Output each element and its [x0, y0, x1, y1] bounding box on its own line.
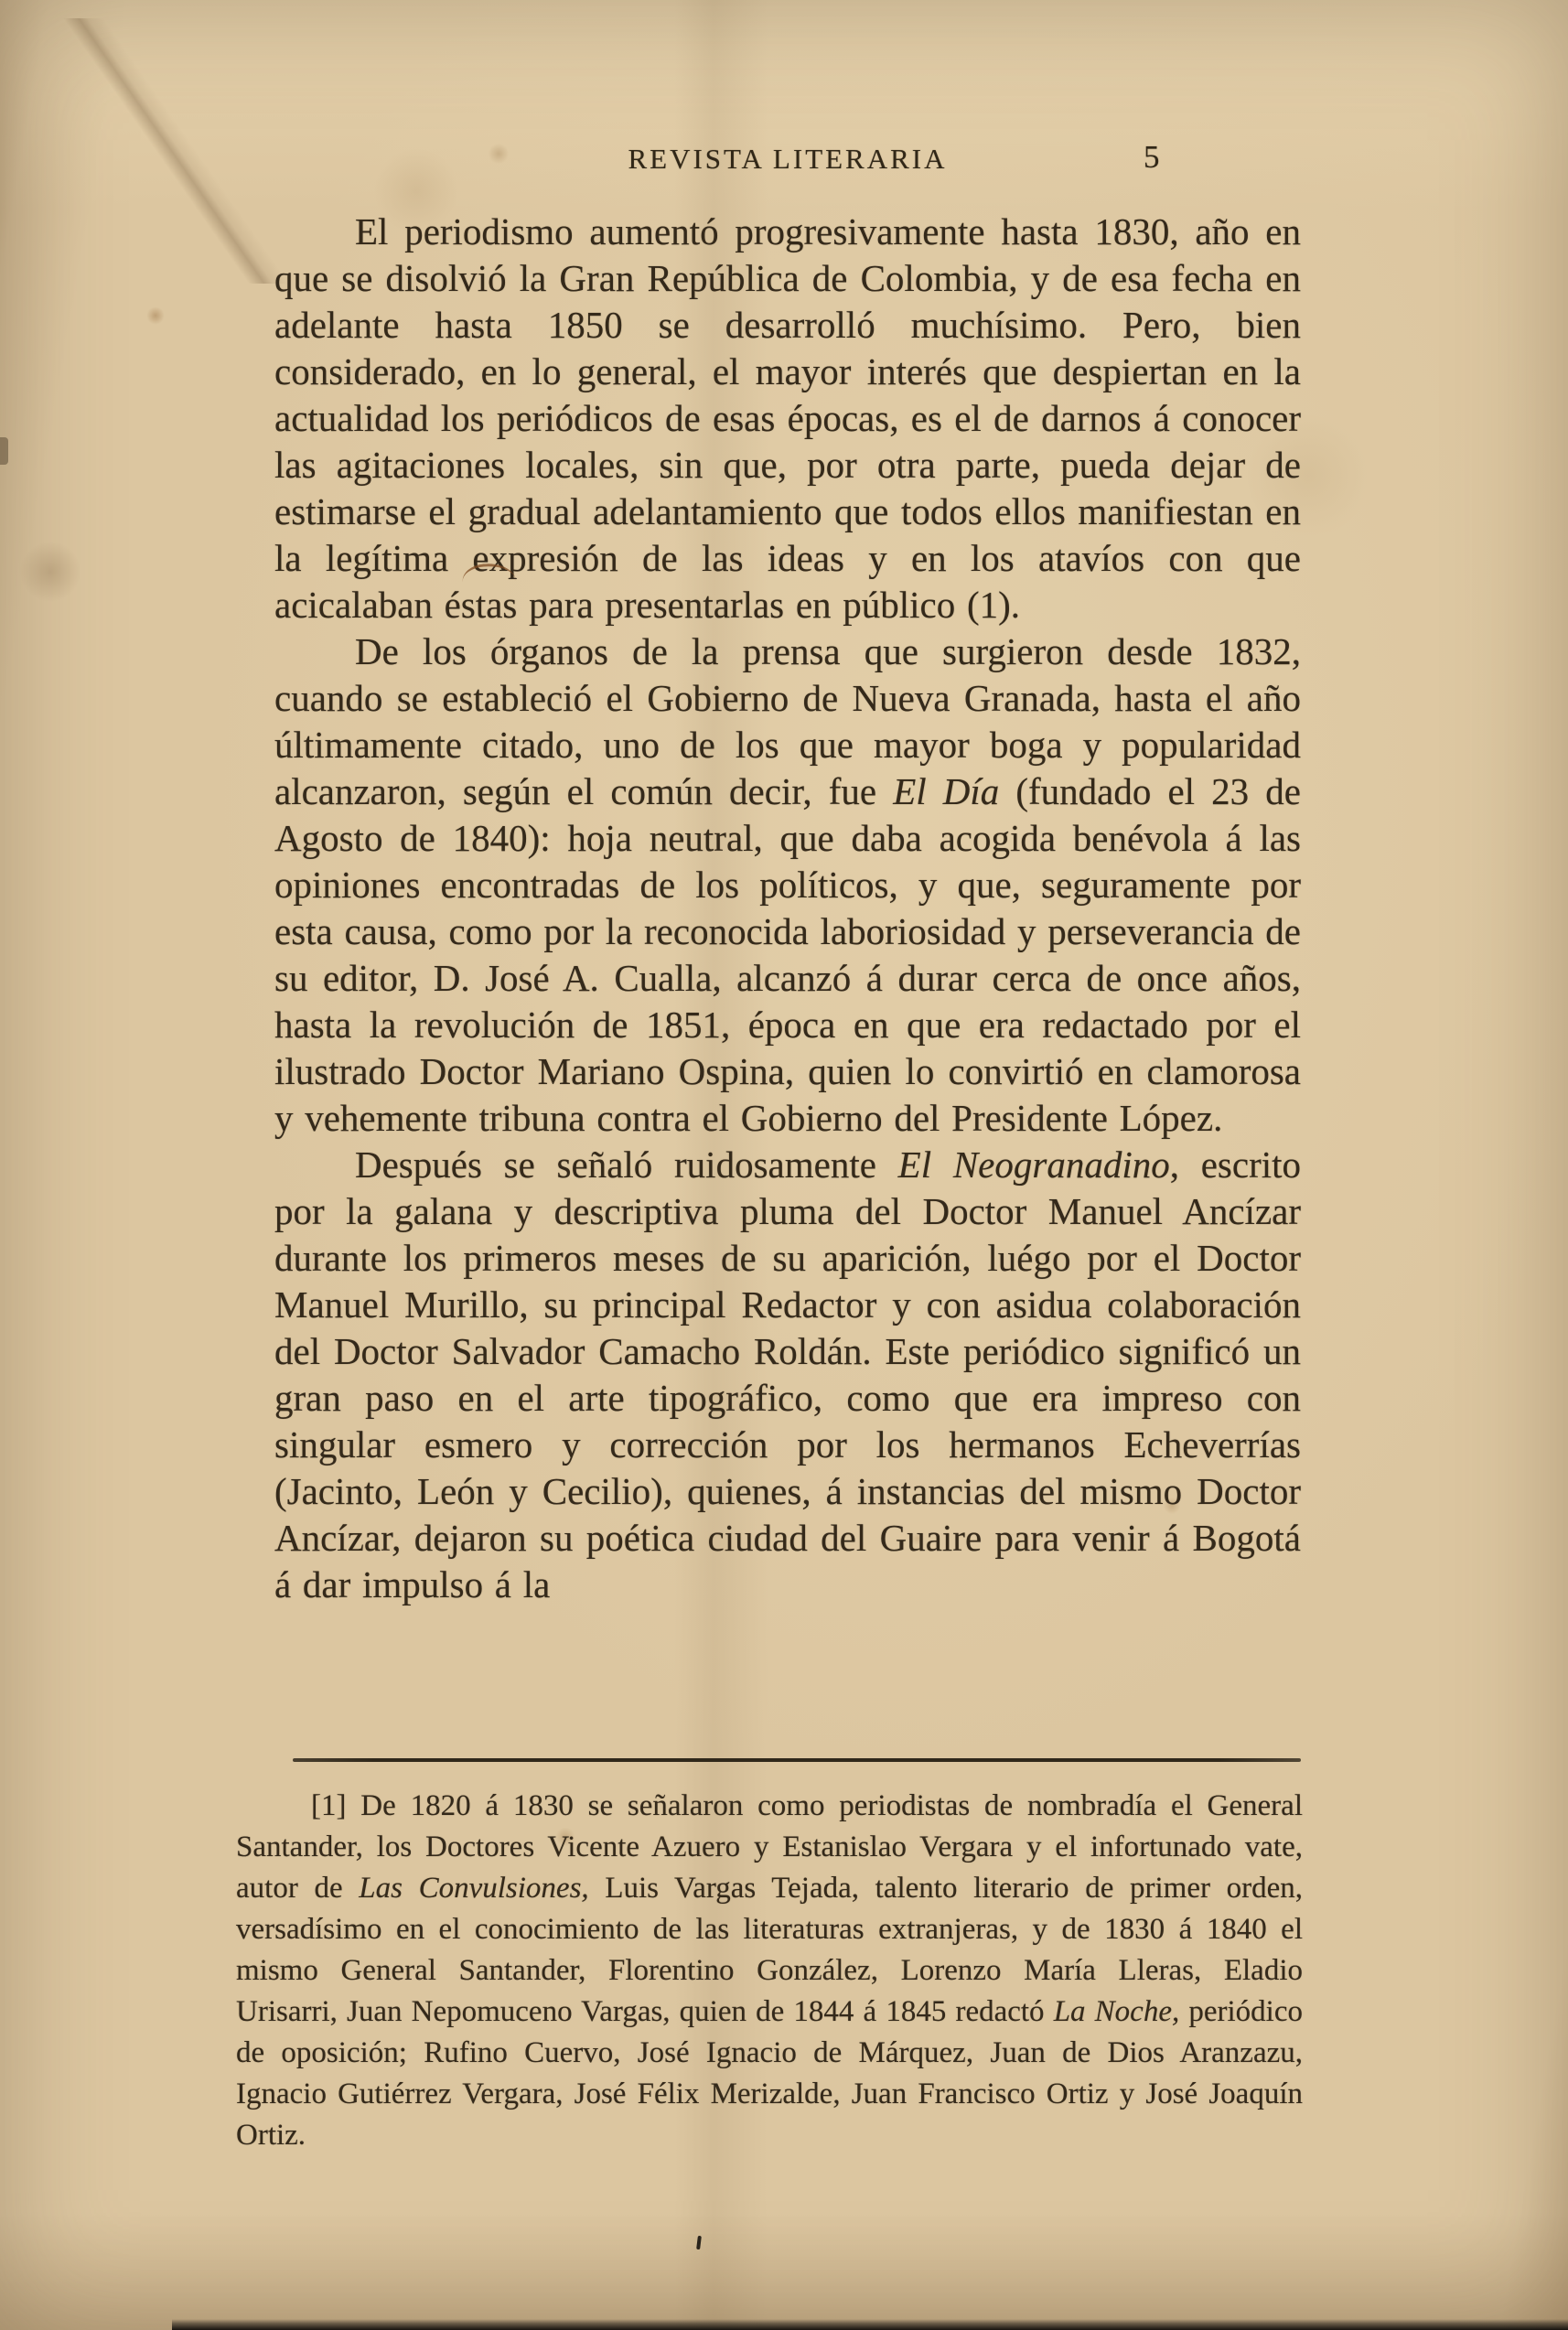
paper-crease	[41, 18, 306, 284]
footnote: [1] De 1820 á 1830 se señalaron como per…	[236, 1786, 1303, 2156]
scanned-book-page: REVISTA LITERARIA 5 El periodismo aument…	[0, 0, 1568, 2330]
text-segment: (fundado el 23 de Agosto de 1840): hoja …	[274, 770, 1301, 1139]
paragraph: De los órganos de la prensa que surgiero…	[274, 628, 1301, 1142]
page-number: 5	[1144, 139, 1160, 176]
periodical-title-el-neogranadino: El Neogranadino	[898, 1144, 1170, 1186]
text-segment: El periodismo aumentó progresivamente ha…	[274, 210, 1301, 626]
scan-bottom-edge	[172, 2319, 1568, 2330]
periodical-title-la-noche: La Noche,	[1054, 1995, 1180, 2028]
body-text: El periodismo aumentó progresivamente ha…	[274, 209, 1301, 1608]
header-title: REVISTA LITERARIA	[628, 143, 947, 175]
footnote-separator-rule	[293, 1758, 1301, 1762]
paragraph: Después se señaló ruidosamente El Neogra…	[274, 1142, 1301, 1608]
periodical-title-el-dia: El Día	[893, 770, 999, 812]
paragraph: El periodismo aumentó progresivamente ha…	[274, 209, 1301, 628]
text-segment: Después se señaló ruidosamente	[355, 1144, 898, 1186]
text-segment: , escrito por la galana y descriptiva pl…	[274, 1144, 1301, 1605]
ink-speck	[696, 2236, 702, 2249]
work-title-las-convulsiones: Las Convulsiones,	[359, 1872, 588, 1905]
margin-ink-mark	[0, 437, 8, 465]
